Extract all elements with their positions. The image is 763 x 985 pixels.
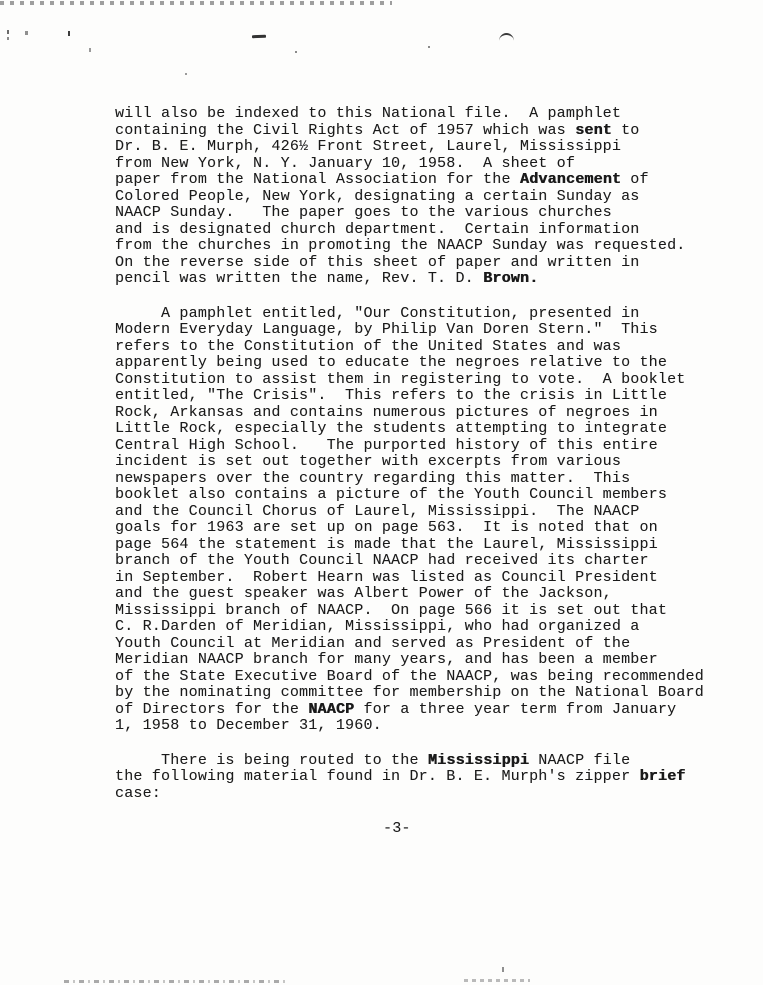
scan-speck bbox=[68, 31, 70, 36]
scan-edge-dashed-line bbox=[64, 980, 288, 983]
scan-speck bbox=[428, 46, 430, 48]
text-line: C. R.Darden of Meridian, Mississippi, wh… bbox=[115, 619, 704, 636]
text-line: and the Council Chorus of Laurel, Missis… bbox=[115, 504, 704, 521]
scan-speck bbox=[185, 73, 187, 75]
text-line: NAACP Sunday. The paper goes to the vari… bbox=[115, 205, 704, 222]
text-line: pencil was written the name, Rev. T. D. … bbox=[115, 271, 704, 288]
scan-speck bbox=[502, 967, 504, 972]
text-line: Central High School. The purported histo… bbox=[115, 438, 704, 455]
text-line: the following material found in Dr. B. E… bbox=[115, 769, 704, 786]
paragraph: will also be indexed to this National fi… bbox=[115, 106, 704, 288]
text-line: booklet also contains a picture of the Y… bbox=[115, 487, 704, 504]
text-line: of Directors for the NAACP for a three y… bbox=[115, 702, 704, 719]
text-line: newspapers over the country regarding th… bbox=[115, 471, 704, 488]
text-line: Mississippi branch of NAACP. On page 566… bbox=[115, 603, 704, 620]
text-line: Colored People, New York, designating a … bbox=[115, 189, 704, 206]
text-line: There is being routed to the Mississippi… bbox=[115, 753, 704, 770]
text-line: entitled, "The Crisis". This refers to t… bbox=[115, 388, 704, 405]
text-line: apparently being used to educate the neg… bbox=[115, 355, 704, 372]
text-line: from the churches in promoting the NAACP… bbox=[115, 238, 704, 255]
scan-speck bbox=[7, 37, 9, 40]
text-line: of the State Executive Board of the NAAC… bbox=[115, 669, 704, 686]
scan-edge-dotted-line bbox=[0, 1, 392, 5]
text-line: containing the Civil Rights Act of 1957 … bbox=[115, 123, 704, 140]
text-line: and is designated church department. Cer… bbox=[115, 222, 704, 239]
text-line: will also be indexed to this National fi… bbox=[115, 106, 704, 123]
scan-curl-mark bbox=[499, 33, 514, 41]
scan-speck bbox=[7, 30, 9, 34]
text-line: Modern Everyday Language, by Philip Van … bbox=[115, 322, 704, 339]
text-line: Youth Council at Meridian and served as … bbox=[115, 636, 704, 653]
scanned-document-page: will also be indexed to this National fi… bbox=[0, 0, 763, 985]
text-line: refers to the Constitution of the United… bbox=[115, 339, 704, 356]
paragraph: A pamphlet entitled, "Our Constitution, … bbox=[115, 306, 704, 735]
text-line: A pamphlet entitled, "Our Constitution, … bbox=[115, 306, 704, 323]
scan-dash-mark bbox=[252, 35, 266, 38]
scan-speck bbox=[89, 48, 91, 52]
text-line: 1, 1958 to December 31, 1960. bbox=[115, 718, 704, 735]
scan-speck bbox=[295, 51, 297, 53]
text-line: case: bbox=[115, 786, 704, 803]
text-line: Little Rock, especially the students att… bbox=[115, 421, 704, 438]
text-line: On the reverse side of this sheet of pap… bbox=[115, 255, 704, 272]
text-line: Rock, Arkansas and contains numerous pic… bbox=[115, 405, 704, 422]
document-body: will also be indexed to this National fi… bbox=[115, 106, 704, 820]
text-line: from New York, N. Y. January 10, 1958. A… bbox=[115, 156, 704, 173]
text-line: and the guest speaker was Albert Power o… bbox=[115, 586, 704, 603]
text-line: Constitution to assist them in registeri… bbox=[115, 372, 704, 389]
text-line: page 564 the statement is made that the … bbox=[115, 537, 704, 554]
text-line: Dr. B. E. Murph, 426½ Front Street, Laur… bbox=[115, 139, 704, 156]
text-line: by the nominating committee for membersh… bbox=[115, 685, 704, 702]
scan-edge-dashed-line bbox=[464, 979, 530, 982]
text-line: goals for 1963 are set up on page 563. I… bbox=[115, 520, 704, 537]
text-line: branch of the Youth Council NAACP had re… bbox=[115, 553, 704, 570]
text-line: in September. Robert Hearn was listed as… bbox=[115, 570, 704, 587]
text-line: Meridian NAACP branch for many years, an… bbox=[115, 652, 704, 669]
page-number: -3- bbox=[383, 820, 411, 837]
text-line: paper from the National Association for … bbox=[115, 172, 704, 189]
text-line: incident is set out together with excerp… bbox=[115, 454, 704, 471]
scan-speck bbox=[25, 31, 28, 35]
paragraph: There is being routed to the Mississippi… bbox=[115, 753, 704, 803]
